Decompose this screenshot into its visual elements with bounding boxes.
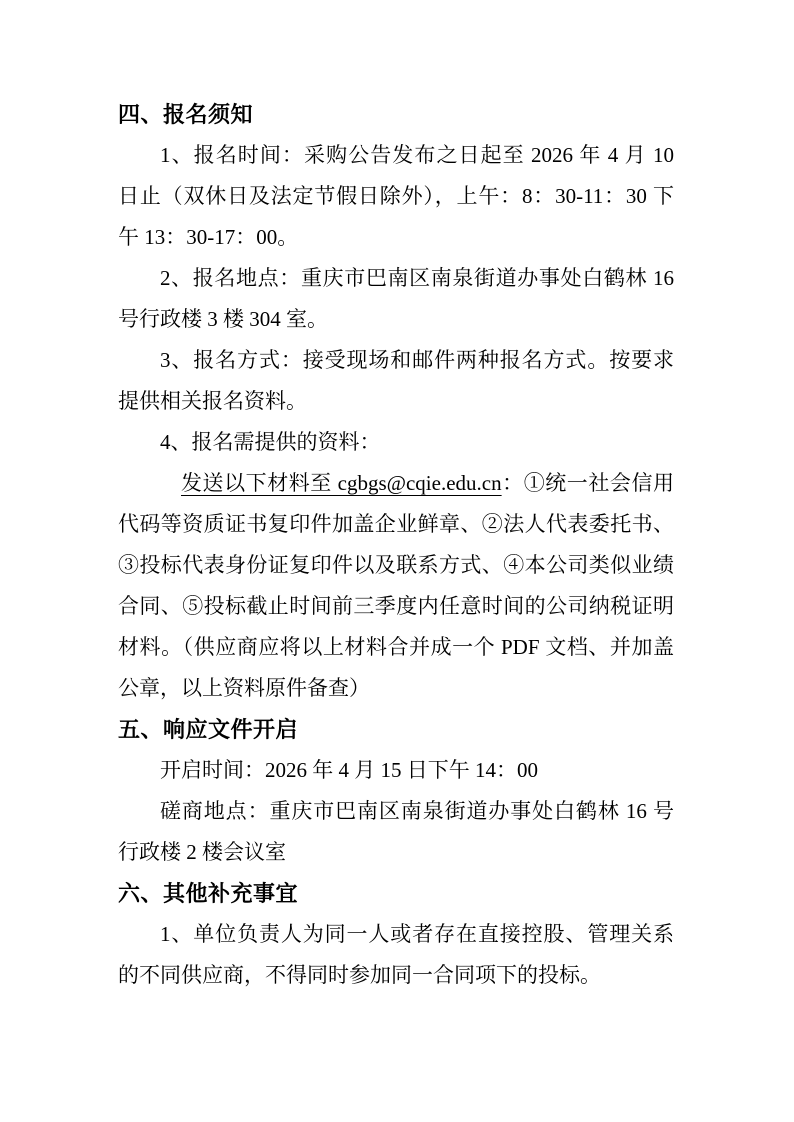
para-registration-time: 1、报名时间：采购公告发布之日起至 2026 年 4 月 10 日止（双休日及法… [118,135,674,258]
section-heading-registration-notes: 四、报名须知 [118,94,674,135]
para-opening-location: 磋商地点：重庆市巴南区南泉街道办事处白鹤林 16 号行政楼 2 楼会议室 [118,791,674,873]
para-registration-materials-label: 4、报名需提供的资料： [118,422,674,463]
materials-list-text: ：①统一社会信用代码等资质证书复印件加盖企业鲜章、②法人代表委托书、③投标代表身… [118,471,674,700]
section-heading-response-file-opening: 五、响应文件开启 [118,709,674,750]
para-registration-location: 2、报名地点：重庆市巴南区南泉街道办事处白鹤林 16 号行政楼 3 楼 304 … [118,258,674,340]
section-heading-other-supplement: 六、其他补充事宜 [118,873,674,914]
email-send-instruction: 发送以下材料至 cgbgs@cqie.edu.cn [181,471,502,495]
para-registration-materials-detail: 发送以下材料至 cgbgs@cqie.edu.cn：①统一社会信用代码等资质证书… [118,463,674,709]
document-page: 四、报名须知 1、报名时间：采购公告发布之日起至 2026 年 4 月 10 日… [0,0,794,1122]
para-supplement-rule1: 1、单位负责人为同一人或者存在直接控股、管理关系的不同供应商，不得同时参加同一合… [118,914,674,996]
para-opening-time: 开启时间：2026 年 4 月 15 日下午 14：00 [118,750,674,791]
para-registration-method: 3、报名方式：接受现场和邮件两种报名方式。按要求提供相关报名资料。 [118,340,674,422]
